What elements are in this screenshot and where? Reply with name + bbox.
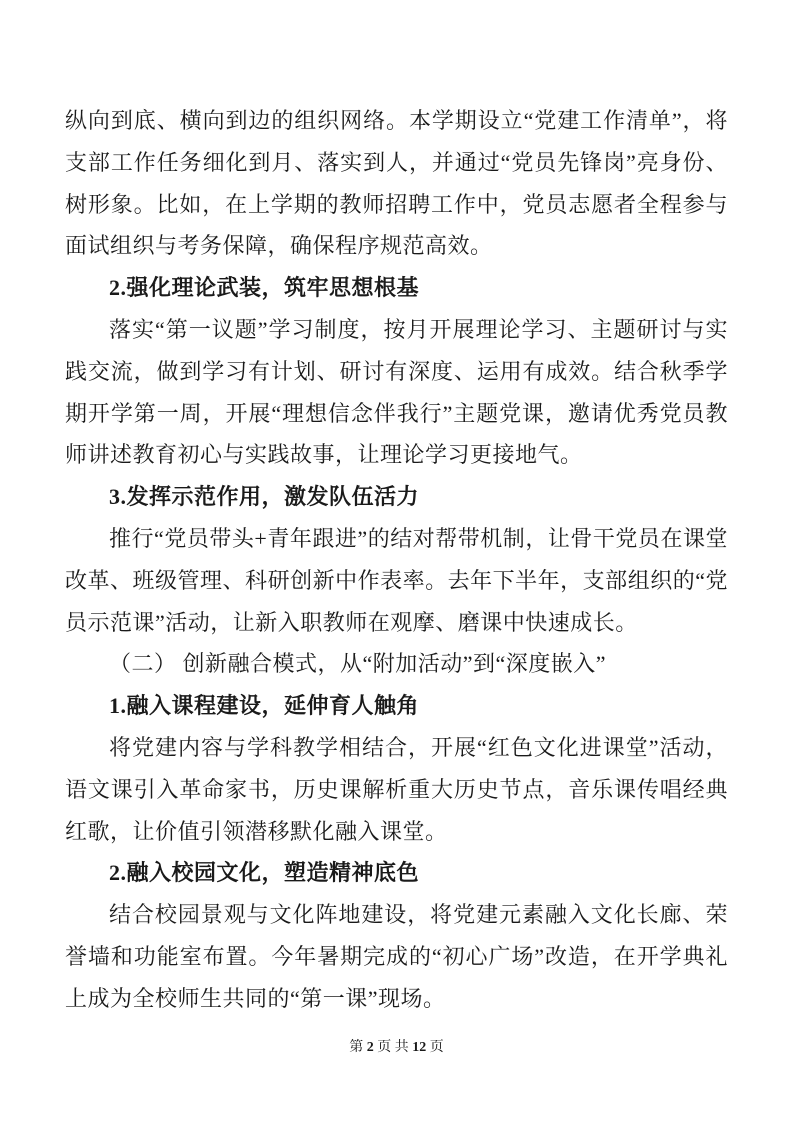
- footer-label-prefix: 第: [349, 1040, 363, 1055]
- footer-label-suffix: 页: [430, 1040, 444, 1055]
- paragraph-campus-landscape: 结合校园景观与文化阵地建设，将党建元素融入文化长廊、荣誉墙和功能室布置。今年暑期…: [65, 894, 728, 1019]
- footer-total-pages: 12: [412, 1040, 426, 1055]
- paragraph-continuation: 纵向到底、横向到边的组织网络。本学期设立“党建工作清单”，将支部工作任务细化到月…: [65, 100, 728, 267]
- heading-curriculum-integration: 1.融入课程建设，延伸育人触角: [65, 685, 728, 727]
- heading-campus-culture: 2.融入校园文化，塑造精神底色: [65, 852, 728, 894]
- paragraph-pairing-mechanism: 推行“党员带头+青年跟进”的结对帮带机制，让骨干党员在课堂改革、班级管理、科研创…: [65, 518, 728, 643]
- paragraph-red-culture-classroom: 将党建内容与学科教学相结合，开展“红色文化进课堂”活动，语文课引入革命家书，历史…: [65, 727, 728, 852]
- footer-page-number: 2: [367, 1040, 374, 1055]
- heading-strengthen-theory: 2.强化理论武装，筑牢思想根基: [65, 267, 728, 309]
- section-heading-two-integration-model: （二） 创新融合模式，从“附加活动”到“深度嵌入”: [65, 643, 728, 685]
- page-footer: 第 2 页 共 12 页: [0, 1038, 793, 1058]
- document-page: 纵向到底、横向到边的组织网络。本学期设立“党建工作清单”，将支部工作任务细化到月…: [0, 0, 793, 1122]
- paragraph-theory-study: 落实“第一议题”学习制度，按月开展理论学习、主题研讨与实践交流，做到学习有计划、…: [65, 309, 728, 476]
- heading-exemplary-role: 3.发挥示范作用，激发队伍活力: [65, 476, 728, 518]
- footer-label-middle: 页 共: [377, 1040, 409, 1055]
- document-body: 纵向到底、横向到边的组织网络。本学期设立“党建工作清单”，将支部工作任务细化到月…: [65, 100, 728, 1020]
